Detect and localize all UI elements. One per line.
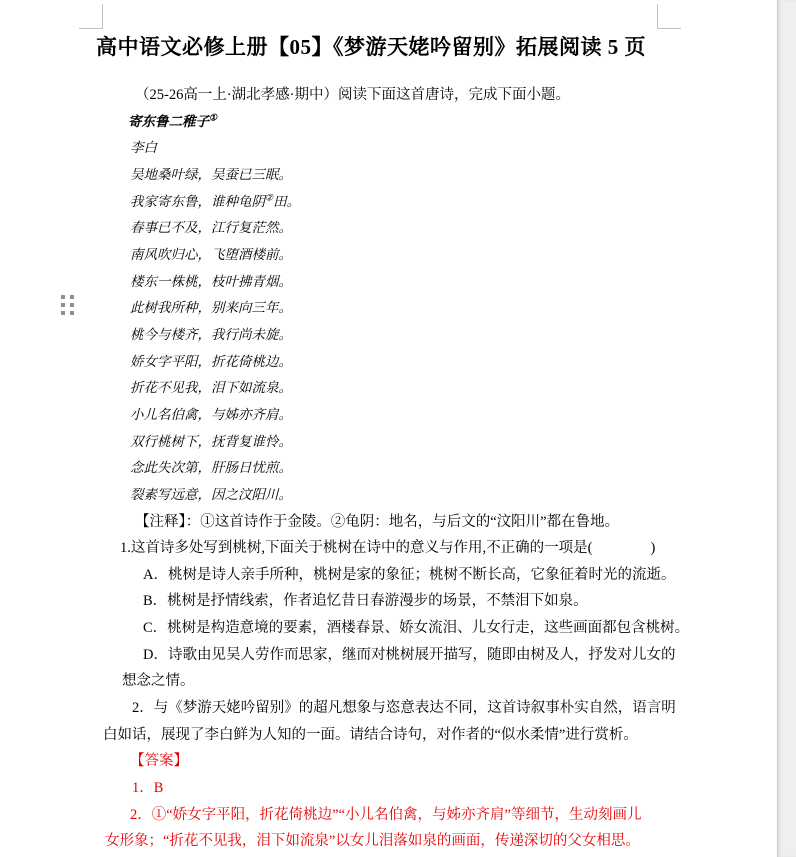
note-line: 【注释】：①这首诗作于金陵。②龟阴：地名，与后文的“汶阳川”都在鲁地。 <box>0 509 777 536</box>
exam-source-line: （25-26高一上·湖北孝感·期中）阅读下面这首唐诗，完成下面小题。 <box>0 82 777 109</box>
poem-author: 李白 <box>0 135 777 162</box>
poem-line: 小儿名伯禽，与姊亦齐肩。 <box>0 402 777 429</box>
poem-line: 南风吹归心，飞堕酒楼前。 <box>0 242 777 269</box>
option-b: B．桃树是抒情线索，作者追忆昔日春游漫步的场景，不禁泪下如泉。 <box>0 588 777 615</box>
question-2-continued: 白如话，展现了李白鲜为人知的一面。请结合诗句，对作者的“似水柔情”进行赏析。 <box>0 722 777 749</box>
drag-handle-dot <box>70 311 74 315</box>
answer-1: 1．B <box>0 775 777 802</box>
option-c: C．桃树是构造意境的要素，酒楼春景、娇女流泪、儿女行走，这些画面都包含桃树。 <box>0 615 777 642</box>
poem-line: 我家寄东鲁，谁种龟阴②田。 <box>0 189 777 216</box>
option-a: A．桃树是诗人亲手所种，桃树是家的象征；桃树不断长高，它象征着时光的流逝。 <box>0 562 777 589</box>
answer-header: 【答案】 <box>0 748 777 775</box>
poem-title: 寄东鲁二稚子① <box>0 109 777 136</box>
question-1: 1.这首诗多处写到桃树,下面关于桃树在诗中的意义与作用,不正确的一项是( ) <box>0 535 777 562</box>
drag-handle-dot <box>61 303 65 307</box>
poem-line: 春事已不及，江行复茫然。 <box>0 215 777 242</box>
poem-line: 吴地桑叶绿，吴蚕已三眠。 <box>0 162 777 189</box>
option-d: D．诗歌由见吴人劳作而思家，继而对桃树展开描写，随即由树及人，抒发对儿女的 <box>0 642 777 669</box>
document-viewer: 高中语文必修上册【05】《梦游天姥吟留别》拓展阅读 5 页 （25-26高一上·… <box>0 0 796 857</box>
answer-2: 2．①“娇女字平阳，折花倚桃边”“小儿名伯禽，与姊亦齐肩”等细节，生动刻画儿 <box>0 802 777 829</box>
page-outside-area <box>777 0 796 857</box>
drag-handle-icon[interactable] <box>61 295 74 315</box>
poem-line: 折花不见我，泪下如流泉。 <box>0 375 777 402</box>
document-lines: （25-26高一上·湖北孝感·期中）阅读下面这首唐诗，完成下面小题。寄东鲁二稚子… <box>0 82 777 855</box>
question-2: 2．与《梦游天姥吟留别》的超凡想象与恣意表达不同，这首诗叙事朴实自然，语言明 <box>0 695 777 722</box>
margin-corner-mark-top-left <box>79 4 103 29</box>
option-d-continued: 想念之情。 <box>0 668 777 695</box>
drag-handle-dot <box>61 295 65 299</box>
poem-line: 楼东一株桃，枝叶拂青烟。 <box>0 269 777 296</box>
answer-2-continued: 女形象；“折花不见我，泪下如流泉”以女儿泪落如泉的画面，传递深切的父女相思。 <box>0 828 777 855</box>
margin-corner-mark-top-right <box>657 4 681 29</box>
poem-line: 娇女字平阳，折花倚桃边。 <box>0 349 777 376</box>
poem-line: 裂素写远意，因之汶阳川。 <box>0 482 777 509</box>
drag-handle-dot <box>70 303 74 307</box>
drag-handle-dot <box>70 295 74 299</box>
page-title: 高中语文必修上册【05】《梦游天姥吟留别》拓展阅读 5 页 <box>96 31 646 61</box>
poem-line: 桃今与楼齐，我行尚未旋。 <box>0 322 777 349</box>
document-page: 高中语文必修上册【05】《梦游天姥吟留别》拓展阅读 5 页 （25-26高一上·… <box>0 0 777 857</box>
drag-handle-dot <box>61 311 65 315</box>
poem-line: 念此失次第，肝肠日忧煎。 <box>0 455 777 482</box>
poem-line: 此树我所种，别来向三年。 <box>0 295 777 322</box>
poem-line: 双行桃树下，抚背复谁怜。 <box>0 429 777 456</box>
